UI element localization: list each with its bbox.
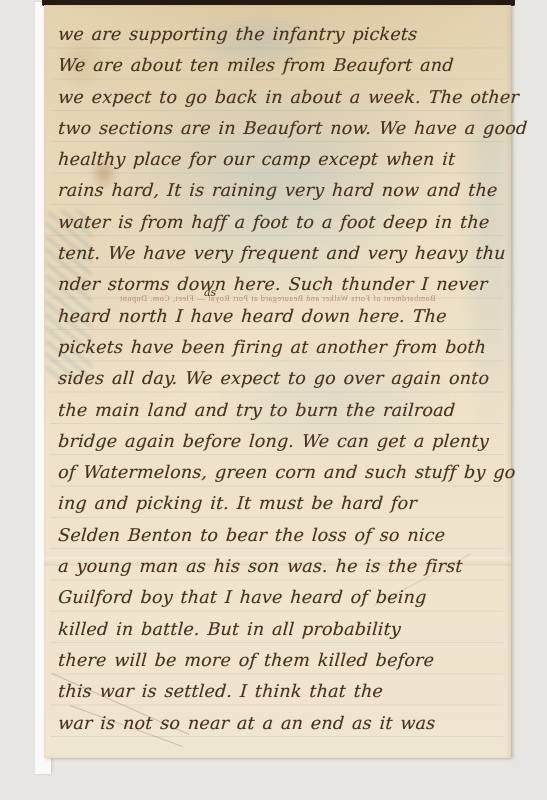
letter-scan: Bombardment of Forts Walker and Beaurega… <box>0 0 547 800</box>
letter-line: ing and picking it. It must be hard for <box>57 489 511 520</box>
interlinear-insertion: as <box>204 286 216 299</box>
letter-line: rains hard, It is raining very hard now … <box>57 176 511 207</box>
letter-line: bridge again before long. We can get a p… <box>57 427 511 458</box>
letter-line: two sections are in Beaufort now. We hav… <box>57 114 511 145</box>
letter-line: killed in battle. But in all probability <box>57 615 511 646</box>
letter-line: the main land and try to burn the railro… <box>57 396 511 427</box>
letter-line: sides all day. We expect to go over agai… <box>57 364 511 395</box>
letter-line: of Watermelons, green corn and such stuf… <box>57 458 511 489</box>
letter-line: pickets have been firing at another from… <box>57 333 511 364</box>
letter-line: Guilford boy that I have heard of being <box>57 583 511 614</box>
letter-line: war is not so near at a an end as it was <box>57 709 511 740</box>
letter-line: We are about ten miles from Beaufort and <box>57 51 511 82</box>
letter-line: there will be more of them killed before <box>57 646 511 677</box>
letter-line: heard north I have heard down here. The <box>57 302 511 333</box>
letter-line: tent. We have very frequent and very hea… <box>57 239 511 270</box>
letter-body: we are supporting the infantry picketsWe… <box>57 20 509 740</box>
letter-line: nder storms down here. Such thunder I ne… <box>57 270 511 301</box>
letter-line: a young man as his son was. he is the fi… <box>57 552 511 583</box>
letter-line: water is from haff a foot to a foot deep… <box>57 208 511 239</box>
letter-line: this war is settled. I think that the <box>57 677 511 708</box>
letter-line: we expect to go back in about a week. Th… <box>57 83 511 114</box>
letter-page: Bombardment of Forts Walker and Beaurega… <box>44 5 511 758</box>
letter-line: Selden Benton to bear the loss of so nic… <box>57 521 511 552</box>
letter-line: we are supporting the infantry pickets <box>57 20 511 51</box>
letter-line: healthy place for our camp except when i… <box>57 145 511 176</box>
